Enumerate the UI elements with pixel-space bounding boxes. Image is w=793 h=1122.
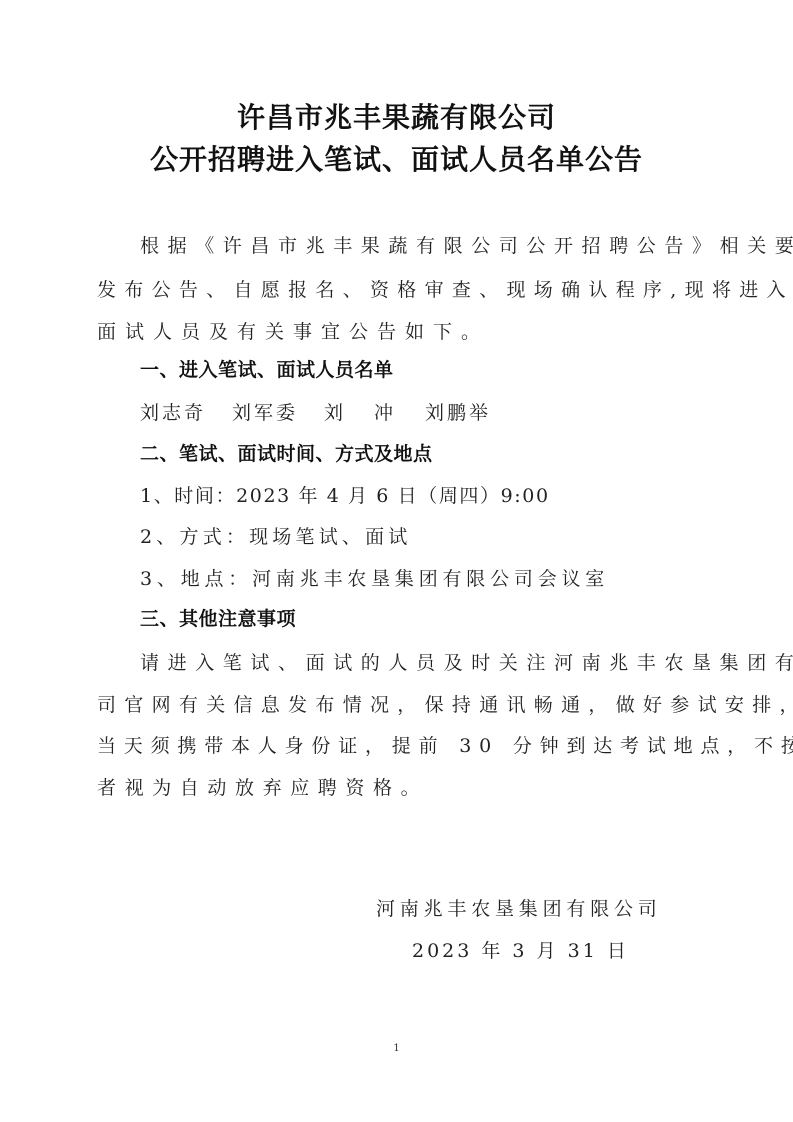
page-number: 1: [0, 1043, 793, 1054]
notice-line-3: 当天须携带本人身份证，提前 30 分钟到达考试地点，不按时到场: [97, 737, 707, 756]
signature-date: 2023 年 3 月 31 日: [412, 942, 629, 961]
candidate-name: 刘志奇: [140, 404, 206, 423]
document-page: 许昌市兆丰果蔬有限公司 公开招聘进入笔试、面试人员名单公告 根据《许昌市兆丰果蔬…: [0, 0, 793, 1122]
section1-heading: 一、进入笔试、面试人员名单: [140, 361, 394, 380]
intro-line-3: 面试人员及有关事宜公告如下。: [97, 323, 707, 342]
section2-heading: 二、笔试、面试时间、方式及地点: [140, 445, 433, 464]
document-title-line1: 许昌市兆丰果蔬有限公司: [0, 104, 793, 132]
candidate-name: 刘鹏举: [425, 404, 491, 423]
candidate-names: 刘志奇 刘军委 刘 冲 刘鹏举: [140, 404, 491, 423]
candidate-name: 刘军委: [232, 404, 298, 423]
notice-line-4: 者视为自动放弃应聘资格。: [97, 779, 707, 798]
section3-heading: 三、其他注意事项: [140, 610, 296, 629]
schedule-method: 2、方式：现场笔试、面试: [140, 528, 412, 547]
schedule-location: 3、地点：河南兆丰农垦集团有限公司会议室: [140, 570, 609, 589]
notice-line-2: 司官网有关信息发布情况，保持通讯畅通，做好参试安排，考试: [97, 696, 707, 715]
candidate-name: 刘 冲: [324, 404, 399, 423]
schedule-time: 1、时间：2023 年 4 月 6 日（周四）9:00: [140, 487, 550, 506]
document-title-line2: 公开招聘进入笔试、面试人员名单公告: [0, 146, 793, 174]
notice-line-1: 请进入笔试、面试的人员及时关注河南兆丰农垦集团有限公: [140, 654, 750, 673]
intro-line-2: 发布公告、自愿报名、资格审查、现场确认程序,现将进入笔试、: [97, 281, 707, 300]
signature-organization: 河南兆丰农垦集团有限公司: [376, 900, 662, 919]
intro-line-1: 根据《许昌市兆丰果蔬有限公司公开招聘公告》相关要求,经: [140, 237, 750, 256]
